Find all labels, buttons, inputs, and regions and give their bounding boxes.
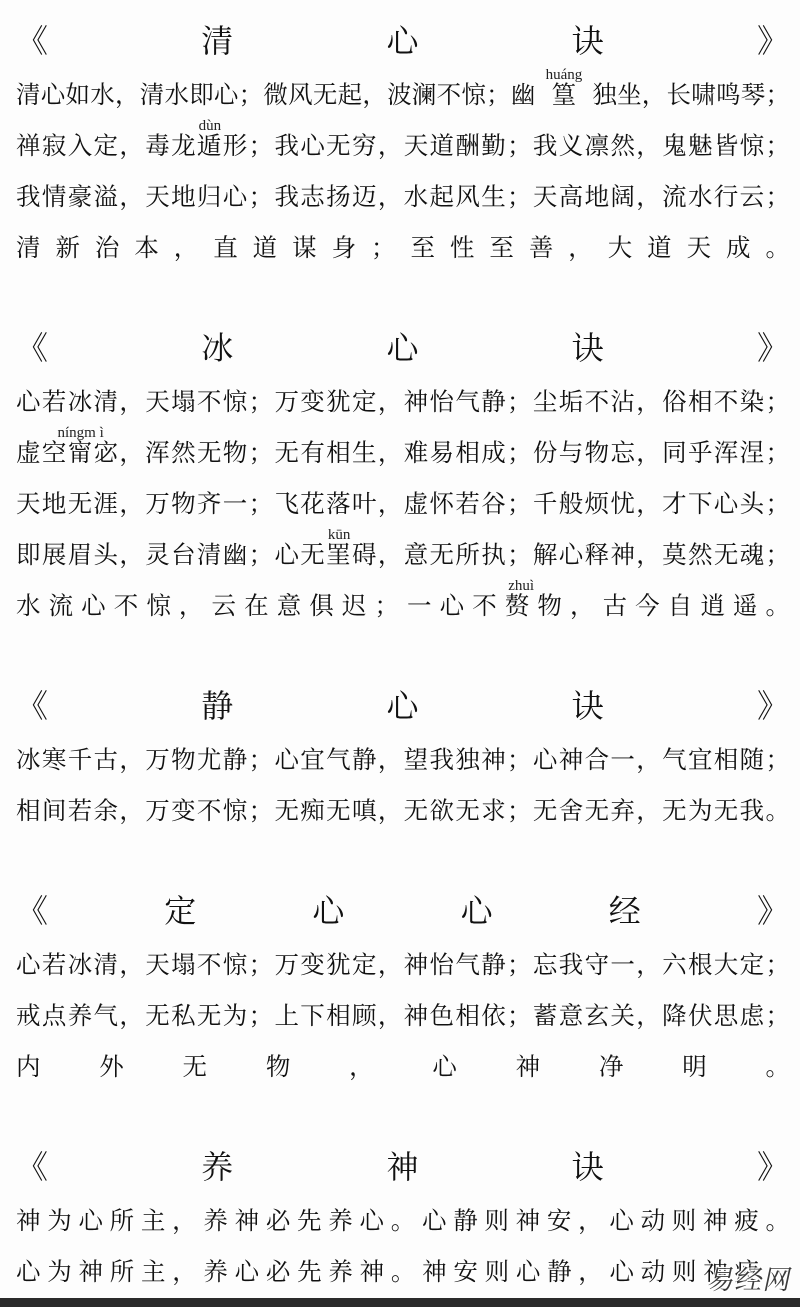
title-open-bracket: 《 <box>16 681 48 732</box>
section-title: 《 静 心 诀 》 <box>0 681 800 732</box>
verse-text: 清新治本，直道谋身；至性至善，大道天成。 <box>16 233 790 262</box>
section-jingxin-jue: 《 静 心 诀 》 冰寒千古，万物尤静；心宜气静，望我独神；心神合一，气宜相随；… <box>0 681 800 836</box>
title-char: 诀 <box>572 681 604 732</box>
pinyin-annotation: kūn <box>328 528 351 543</box>
title-open-bracket: 《 <box>16 1142 48 1193</box>
verse-line: 清心如水，清水即心；微风无起，波澜不惊；幽篁huáng独坐，长啸鸣琴； <box>0 69 800 120</box>
verse-text: 心若冰清，天塌不惊；万变犹定，神怡气静；忘我守一，六根大定； <box>16 950 790 979</box>
title-char: 诀 <box>572 1142 604 1193</box>
title-char: 心 <box>461 886 493 937</box>
verse-text: 内外无物，心神净明。 <box>16 1052 790 1081</box>
verse-text: 心若冰清，天塌不惊；万变犹定，神怡气静；尘垢不沾，俗相不染； <box>16 387 790 416</box>
title-char: 心 <box>312 886 344 937</box>
title-char: 诀 <box>572 16 604 67</box>
title-close-bracket: 》 <box>757 16 789 67</box>
verse-line: 心若冰清，天塌不惊；万变犹定，神怡气静；尘垢不沾，俗相不染； <box>0 376 800 427</box>
title-char: 心 <box>387 681 419 732</box>
verse-text: 相间若余，万变不惊；无痴无嗔，无欲无求；无舍无弃，无为无我。 <box>16 796 790 825</box>
title-char: 冰 <box>201 323 233 374</box>
verse-text: 禅寂入定，毒龙 <box>16 131 197 160</box>
verse-text: 冰寒千古，万物尤静；心宜气静，望我独神；心神合一，气宜相随； <box>16 745 790 774</box>
title-char: 经 <box>609 886 641 937</box>
verse-text: 形；我心无穷，天道酬勤；我义凛然，鬼魅皆惊； <box>223 131 790 160</box>
title-char: 心 <box>387 323 419 374</box>
pinyin-annotation: zhuì <box>508 579 534 594</box>
pinyin-annotation: níngm ì <box>57 426 103 441</box>
char: 罣 <box>326 540 352 569</box>
verse-line: 神为心所主，养神必先养心。心静则神安，心动则神疲。 <box>0 1195 800 1246</box>
verse-line: 心若冰清，天塌不惊；万变犹定，神怡气静；忘我守一，六根大定； <box>0 939 800 990</box>
char: 赘 <box>505 591 538 620</box>
pinyin-annotation: huáng <box>546 68 583 83</box>
section-title: 《 养 神 诀 》 <box>0 1142 800 1193</box>
title-char: 诀 <box>572 323 604 374</box>
verse-line: 心为神所主，养心必先养神。神安则心静，心动则神疲 <box>0 1246 800 1297</box>
annotated-char: 赘zhuì <box>505 591 538 620</box>
verse-text: 即展眉头，灵台清幽；心无 <box>16 540 326 569</box>
watermark-logo: 易经网 <box>705 1266 795 1296</box>
section-title: 《 清 心 诀 》 <box>0 16 800 67</box>
title-open-bracket: 《 <box>16 323 48 374</box>
verse-text: 物，古今自逍遥。 <box>537 591 790 620</box>
section-bingxin-jue: 《 冰 心 诀 》 心若冰清，天塌不惊；万变犹定，神怡气静；尘垢不沾，俗相不染；… <box>0 323 800 631</box>
annotated-char: 遁dùn <box>197 131 223 160</box>
verse-text: 水流心不惊，云在意俱迟；一心不 <box>16 591 505 620</box>
verse-line: 相间若余，万变不惊；无痴无嗔，无欲无求；无舍无弃，无为无我。 <box>0 785 800 836</box>
verse-text: 虚空 <box>16 438 68 467</box>
verse-line: 天地无涯，万物齐一；飞花落叶，虚怀若谷；千般烦忧，才下心头； <box>0 478 800 529</box>
section-dingxin-xinjing: 《 定 心 心 经 》 心若冰清，天塌不惊；万变犹定，神怡气静；忘我守一，六根大… <box>0 886 800 1092</box>
title-char: 神 <box>387 1142 419 1193</box>
verse-line: 禅寂入定，毒龙遁dùn形；我心无穷，天道酬勤；我义凛然，鬼魅皆惊； <box>0 120 800 171</box>
verse-line: 虚空甯níngm ì宓，浑然无物；无有相生，难易相成；份与物忘，同乎浑涅； <box>0 427 800 478</box>
pinyin-annotation: dùn <box>199 119 222 134</box>
title-char: 定 <box>164 886 196 937</box>
verse-line: 内外无物，心神净明。 <box>0 1041 800 1092</box>
title-open-bracket: 《 <box>16 886 48 937</box>
verse-line: 清新治本，直道谋身；至性至善，大道天成。 <box>0 222 800 273</box>
section-title: 《 冰 心 诀 》 <box>0 323 800 374</box>
annotated-char: 甯níngm ì <box>68 438 94 467</box>
title-char: 养 <box>201 1142 233 1193</box>
verse-text: 天地无涯，万物齐一；飞花落叶，虚怀若谷；千般烦忧，才下心头； <box>16 489 790 518</box>
bottom-bar <box>0 1298 800 1307</box>
verse-text: 碍，意无所执；解心释神，莫然无魂； <box>352 540 790 569</box>
verse-text: 我情豪溢，天地归心；我志扬迈，水起风生；天高地阔，流水行云； <box>16 182 790 211</box>
verse-line: 我情豪溢，天地归心；我志扬迈，水起风生；天高地阔，流水行云； <box>0 171 800 222</box>
section-qingxin-jue: 《 清 心 诀 》 清心如水，清水即心；微风无起，波澜不惊；幽篁huáng独坐，… <box>0 16 800 273</box>
title-char: 静 <box>201 681 233 732</box>
title-close-bracket: 》 <box>757 1142 789 1193</box>
verse-line: 冰寒千古，万物尤静；心宜气静，望我独神；心神合一，气宜相随； <box>0 734 800 785</box>
char: 甯 <box>68 438 94 467</box>
verse-line: 水流心不惊，云在意俱迟；一心不赘zhuì物，古今自逍遥。 <box>0 580 800 631</box>
verse-text: 独坐，长啸鸣琴； <box>592 80 790 109</box>
annotated-char: 罣kūn <box>326 540 352 569</box>
verse-text: 宓，浑然无物；无有相生，难易相成；份与物忘，同乎浑涅； <box>94 438 790 467</box>
verse-text: 神为心所主，养神必先养心。心静则神安，心动则神疲。 <box>16 1206 790 1235</box>
title-char: 清 <box>201 16 233 67</box>
title-close-bracket: 》 <box>757 886 789 937</box>
section-yangshen-jue: 《 养 神 诀 》 神为心所主，养神必先养心。心静则神安，心动则神疲。 心为神所… <box>0 1142 800 1297</box>
verse-text: 戒点养气，无私无为；上下相顾，神色相依；蓄意玄关，降伏思虑； <box>16 1001 790 1030</box>
title-char: 心 <box>387 16 419 67</box>
verse-text: 心为神所主，养心必先养神。神安则心静，心动则神疲 <box>16 1257 759 1286</box>
section-title: 《 定 心 心 经 》 <box>0 886 800 937</box>
verse-line: 即展眉头，灵台清幽；心无罣kūn碍，意无所执；解心释神，莫然无魂； <box>0 529 800 580</box>
title-close-bracket: 》 <box>757 681 789 732</box>
document-page: 《 清 心 诀 》 清心如水，清水即心；微风无起，波澜不惊；幽篁huáng独坐，… <box>0 16 800 1297</box>
verse-text: 清心如水，清水即心；微风无起，波澜不惊；幽 <box>16 80 536 109</box>
char: 篁 <box>552 80 577 109</box>
annotated-char: 篁huáng <box>552 80 577 109</box>
title-open-bracket: 《 <box>16 16 48 67</box>
title-close-bracket: 》 <box>757 323 789 374</box>
char: 遁 <box>197 131 223 160</box>
verse-line: 戒点养气，无私无为；上下相顾，神色相依；蓄意玄关，降伏思虑； <box>0 990 800 1041</box>
